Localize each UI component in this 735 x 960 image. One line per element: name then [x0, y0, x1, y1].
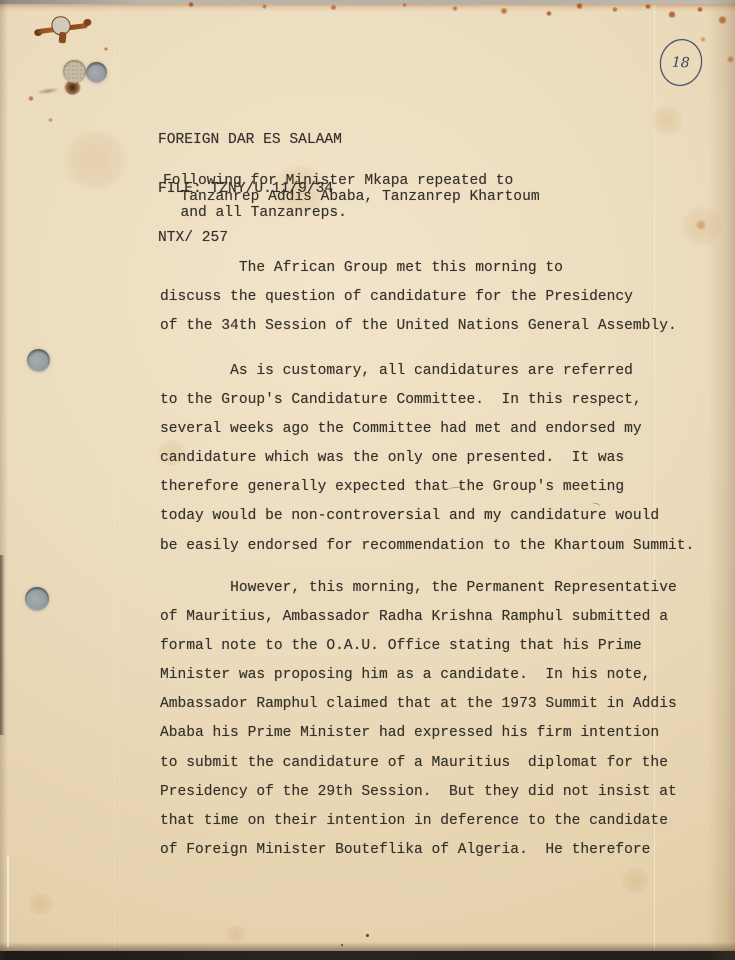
rust-spot — [262, 4, 267, 9]
stain — [28, 893, 54, 915]
rust-spot — [500, 8, 508, 14]
stain — [620, 868, 650, 892]
rust-spot — [48, 118, 53, 122]
rust-spot — [645, 4, 651, 9]
rust-spot — [188, 2, 194, 7]
paper-edge-left — [0, 0, 8, 960]
paragraph-2: As is customary, all candidatures are re… — [160, 357, 694, 561]
scanned-telegram-page: 18 FOREIGN DAR ES SALAAM FILE: TZNY/U.11… — [0, 0, 735, 960]
rust-spot — [727, 56, 734, 63]
rust-spot — [700, 37, 706, 42]
stain — [60, 130, 130, 190]
paragraph-1: The African Group met this morning to di… — [160, 254, 677, 341]
stain — [696, 220, 706, 230]
rust-spot — [697, 7, 703, 12]
punch-hole-top — [86, 62, 107, 83]
speck — [366, 934, 369, 937]
rust-spot — [668, 11, 676, 18]
rust-spot — [104, 47, 108, 51]
paper-chad-disc — [63, 60, 86, 83]
punch-hole-middle — [27, 349, 50, 372]
scanner-edge-bottom — [0, 951, 735, 960]
rust-spot — [452, 6, 458, 11]
header-ntx-line: NTX/ 257 — [158, 230, 342, 246]
rust-spot — [612, 7, 618, 12]
paragraph-3: However, this morning, the Permanent Rep… — [160, 574, 677, 865]
rust-spot — [546, 11, 552, 16]
rust-spot — [718, 16, 727, 24]
header-origin-line: FOREIGN DAR ES SALAAM — [158, 132, 342, 148]
speck — [341, 944, 343, 946]
paper-edge-right — [707, 0, 735, 960]
rust-spot — [330, 5, 337, 10]
page-number: 18 — [672, 54, 690, 71]
paper-edge-shadow — [0, 555, 5, 735]
stain — [225, 925, 247, 943]
distribution-note: Following for Minister Mkapa repeated to… — [163, 173, 540, 222]
rust-spot — [28, 96, 34, 101]
rust-spot — [576, 3, 583, 9]
punch-hole-lower — [25, 587, 49, 611]
paper-edge-highlight — [7, 855, 9, 947]
staple-leg — [59, 32, 67, 44]
staple-end — [83, 19, 92, 27]
stain — [650, 105, 684, 135]
rust-spot — [402, 3, 407, 7]
